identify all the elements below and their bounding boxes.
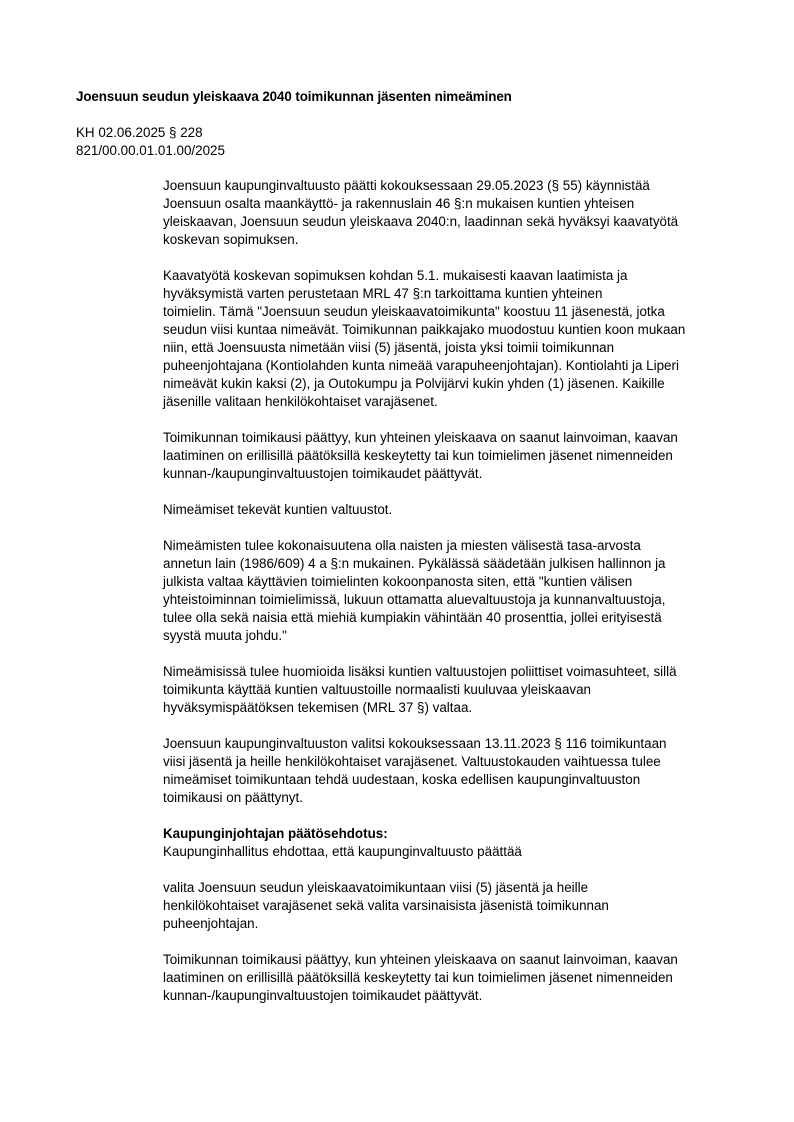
paragraph-line: seudun viisi kuntaa nimeävät. Toimikunna… (163, 321, 763, 339)
paragraph: Nimeämiset tekevät kuntien valtuustot. (163, 501, 763, 519)
paragraph-line: koskevan sopimuksen. (163, 231, 763, 249)
document-title: Joensuun seudun yleiskaava 2040 toimikun… (76, 89, 512, 104)
paragraph-line: valita Joensuun seudun yleiskaavatoimiku… (163, 879, 763, 897)
paragraph-line: tulee olla sekä naisia että miehiä kumpi… (163, 609, 763, 627)
paragraph-line: toimielin. Tämä "Joensuun seudun yleiska… (163, 303, 763, 321)
paragraph-line: jäsenille valitaan henkilökohtaiset vara… (163, 393, 763, 411)
paragraph-line: laatiminen on erillisillä päätöksillä ke… (163, 447, 763, 465)
paragraph-line: kunnan-/kaupunginvaltuustojen toimikaude… (163, 987, 763, 1005)
paragraph: Joensuun kaupunginvaltuusto päätti kokou… (163, 177, 763, 249)
document-page: Joensuun seudun yleiskaava 2040 toimikun… (0, 0, 794, 1122)
document-body: Joensuun kaupunginvaltuusto päätti kokou… (163, 177, 763, 1023)
paragraph: Nimeämisissä tulee huomioida lisäksi kun… (163, 663, 763, 717)
paragraph-line: Joensuun kaupunginvaltuuston valitsi kok… (163, 735, 763, 753)
paragraph: Kaavatyötä koskevan sopimuksen kohdan 5.… (163, 267, 763, 411)
paragraph-line: Nimeämisissä tulee huomioida lisäksi kun… (163, 663, 763, 681)
paragraph-line: Nimeämisten tulee kokonaisuutena olla na… (163, 537, 763, 555)
paragraph: valita Joensuun seudun yleiskaavatoimiku… (163, 879, 763, 933)
paragraph-line: kunnan-/kaupunginvaltuustojen toimikaude… (163, 465, 763, 483)
paragraph-line: puheenjohtajan. (163, 915, 763, 933)
paragraph-line: viisi jäsentä ja heille henkilökohtaiset… (163, 753, 763, 771)
paragraph-line: julkista valtaa käyttävien toimielinten … (163, 573, 763, 591)
paragraph: Toimikunnan toimikausi päättyy, kun yhte… (163, 951, 763, 1005)
paragraph: Nimeämisten tulee kokonaisuutena olla na… (163, 537, 763, 645)
paragraph-line: Toimikunnan toimikausi päättyy, kun yhte… (163, 951, 763, 969)
paragraph-line: toimikunta käyttää kuntien valtuustoille… (163, 681, 763, 699)
proposal-heading: Kaupunginjohtajan päätösehdotus: (163, 825, 763, 843)
paragraph: Toimikunnan toimikausi päättyy, kun yhte… (163, 429, 763, 483)
paragraph-line: nimeämiset toimikuntaan tehdä uudestaan,… (163, 771, 763, 789)
paragraph-line: henkilökohtaiset varajäsenet sekä valita… (163, 897, 763, 915)
paragraph-line: hyväksymispäätöksen tekemisen (MRL 37 §)… (163, 699, 763, 717)
background-paragraphs: Joensuun kaupunginvaltuusto päätti kokou… (163, 177, 763, 807)
document-meta: KH 02.06.2025 § 228 821/00.00.01.01.00/2… (76, 124, 225, 160)
paragraph-line: hyväksymistä varten perustetaan MRL 47 §… (163, 285, 763, 303)
paragraph-line: laatiminen on erillisillä päätöksillä ke… (163, 969, 763, 987)
meeting-reference: KH 02.06.2025 § 228 (76, 124, 225, 142)
paragraph-line: niin, että Joensuusta nimetään viisi (5)… (163, 339, 763, 357)
proposal-paragraphs: valita Joensuun seudun yleiskaavatoimiku… (163, 879, 763, 1005)
paragraph-line: Nimeämiset tekevät kuntien valtuustot. (163, 501, 763, 519)
paragraph-line: puheenjohtajana (Kontiolahden kunta nime… (163, 357, 763, 375)
paragraph-line: Joensuun kaupunginvaltuusto päätti kokou… (163, 177, 763, 195)
paragraph-line: Kaavatyötä koskevan sopimuksen kohdan 5.… (163, 267, 763, 285)
proposal-section: Kaupunginjohtajan päätösehdotus: Kaupung… (163, 825, 763, 861)
paragraph-line: syystä muuta johdu." (163, 627, 763, 645)
paragraph-line: yleiskaavan, Joensuun seudun yleiskaava … (163, 213, 763, 231)
paragraph-line: annetun lain (1986/609) 4 a §:n mukainen… (163, 555, 763, 573)
proposal-intro: Kaupunginhallitus ehdottaa, että kaupung… (163, 843, 763, 861)
paragraph-line: yhteistoiminnan toimielimissä, lukuun ot… (163, 591, 763, 609)
paragraph: Joensuun kaupunginvaltuuston valitsi kok… (163, 735, 763, 807)
paragraph-line: Joensuun osalta maankäyttö- ja rakennusl… (163, 195, 763, 213)
paragraph-line: toimikausi on päättynyt. (163, 789, 763, 807)
record-id: 821/00.00.01.01.00/2025 (76, 142, 225, 160)
paragraph-line: Toimikunnan toimikausi päättyy, kun yhte… (163, 429, 763, 447)
paragraph-line: nimeävät kukin kaksi (2), ja Outokumpu j… (163, 375, 763, 393)
